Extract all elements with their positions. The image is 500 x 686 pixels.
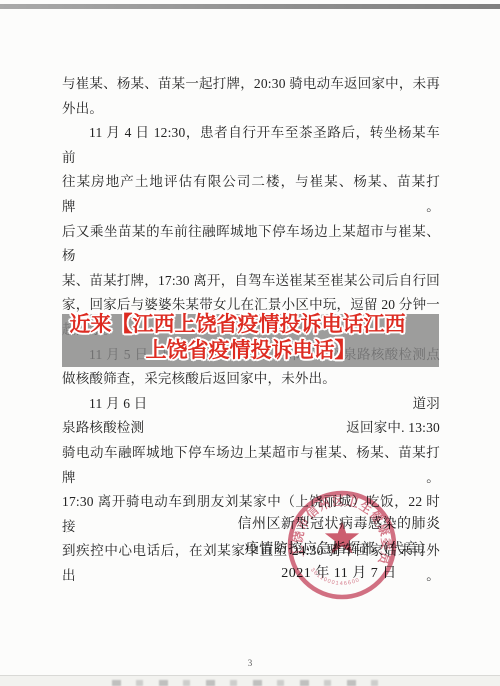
doc-line-obscured: 11 月 6 日 道羽 [62,392,440,417]
obscured-fragment-left: 11 月 6 日 [62,392,147,417]
headline-overlay: 近来【江西上饶省疫情投诉电话江西 上饶省疫情投诉电话】 [54,312,447,364]
doc-line: 后又乘坐苗某的车前往融晖城地下停车场边上某超市与崔某、杨 [62,220,440,269]
obscured-fragment-left: 泉路核酸检测 [62,416,144,441]
seal-serial-digits: 3611000146600 [309,567,361,587]
doc-line-obscured: 泉路核酸检测 返回家中. 13:30 [62,416,440,441]
doc-line: 做核酸筛查，采完核酸后返回家中，未外出。 [62,367,440,392]
headline-line-1: 近来【江西上饶省疫情投诉电话江西 [54,312,447,338]
doc-line: 外出。 [62,97,440,122]
obscured-fragment-right: 道羽 [413,392,440,417]
obscured-fragment-right: 返回家中. 13:30 [346,416,440,441]
official-seal-stamp: 上饶市信州区卫生健康委员会 3611000146600 [272,477,412,617]
headline-line-2: 上饶省疫情投诉电话】 [54,338,447,364]
doc-line: 与崔某、杨某、苗某一起打牌，20:30 骑电动车返回家中，未再 [62,72,440,97]
scanned-document-page: 与崔某、杨某、苗某一起打牌，20:30 骑电动车返回家中，未再 外出。 11 月… [0,0,500,686]
next-page-edge-strip [0,675,500,686]
faint-text-smudge [112,680,394,686]
scan-edge-bar [0,4,500,9]
seal-star-icon [325,521,359,554]
doc-line: 往某房地产土地评估有限公司二楼，与崔某、杨某、苗某打牌。 [62,170,440,219]
doc-line: 某、苗某打牌，17:30 离开，自驾车送崔某至崔某公司后自行回 [62,269,440,294]
page-number: 3 [0,658,500,668]
doc-line: 11 月 4 日 12:30，患者自行开车至茶圣路后，转坐杨某车前 [62,121,440,170]
